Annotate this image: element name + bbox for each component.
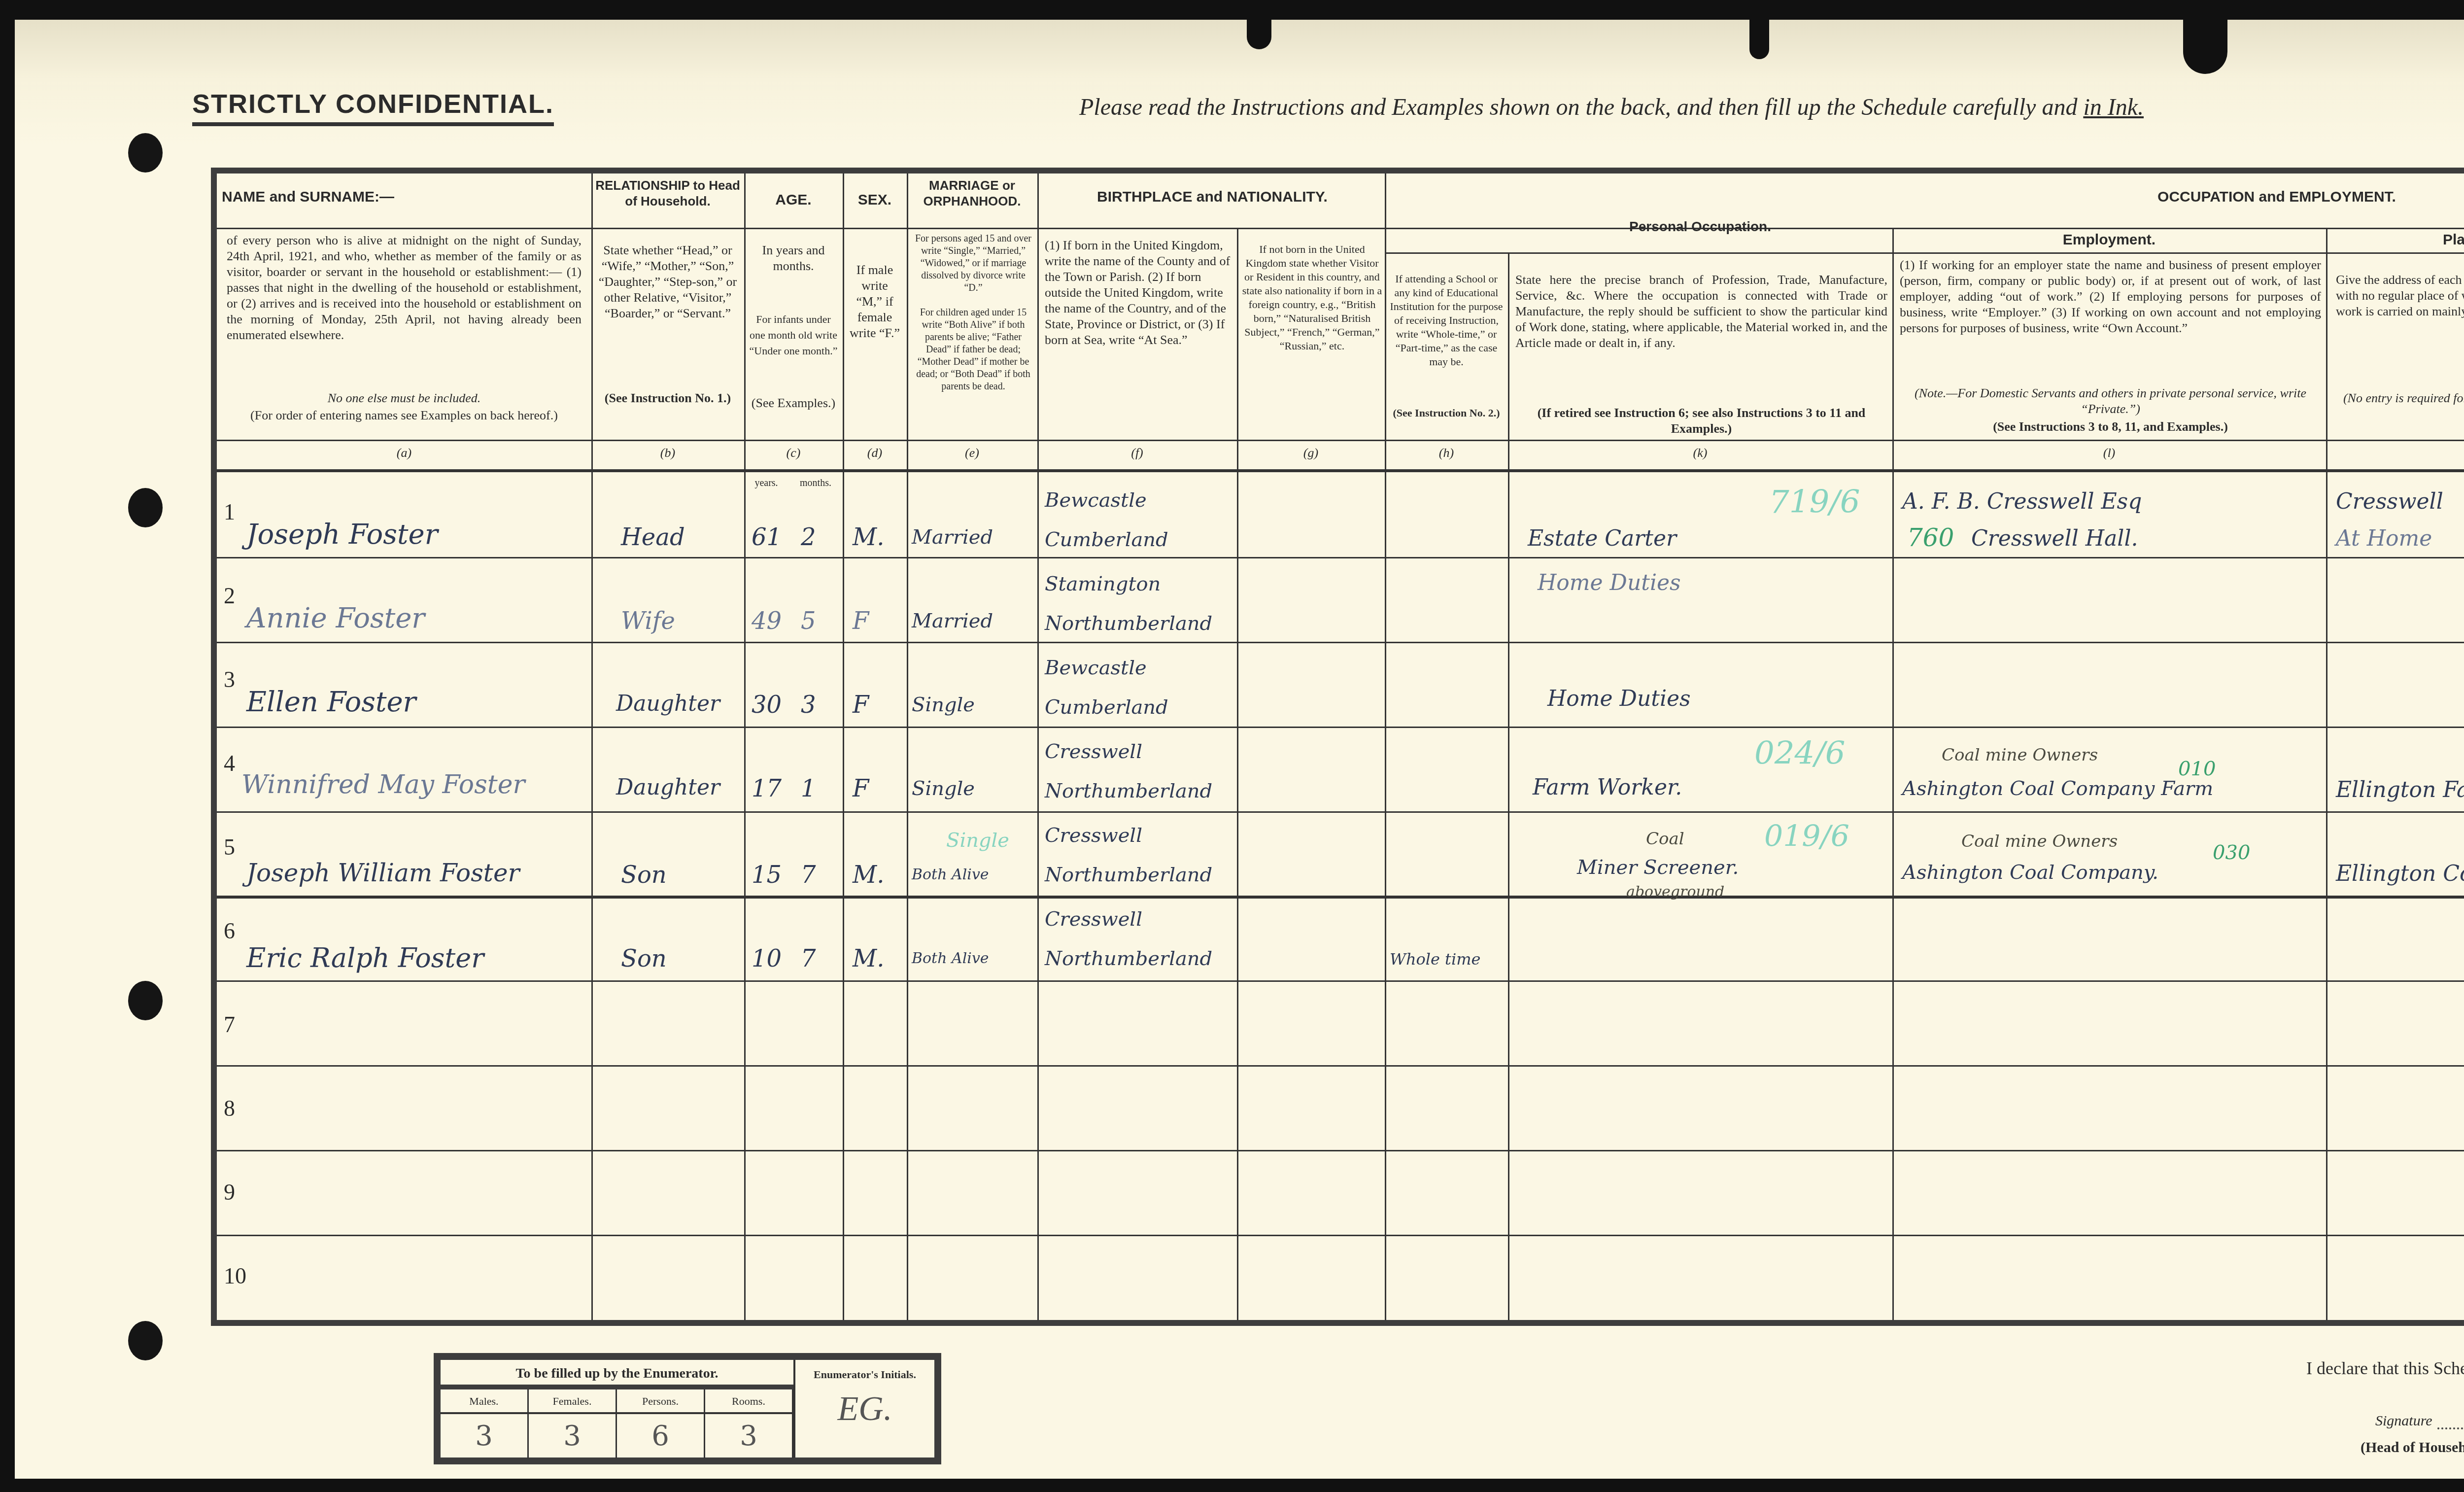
row-number: 1 [224,499,235,525]
person-birthplace-county: Northumberland [1045,864,1212,886]
person-birthplace-town: Stamington [1045,573,1161,595]
header-birthplace: BIRTHPLACE and NATIONALITY. [1040,188,1385,206]
row-number: 10 [224,1263,246,1289]
header-marriage-desc: For persons aged 15 and over write “Sing… [912,233,1035,294]
row-number: 7 [224,1011,235,1038]
col-letter-d: (d) [843,446,907,460]
person-age-months: 3 [801,691,816,719]
person-relationship: Daughter [616,775,720,800]
header-personal-occupation: Personal Occupation. [1508,218,1892,236]
person-employer-line2: Cresswell Hall. [1971,526,2138,551]
persons-value: 6 [617,1414,705,1458]
torn-edge [1749,20,1769,59]
occupation-code: 024/6 [1754,735,1845,772]
person-name: Eric Ralph Foster [246,942,484,973]
punch-hole [128,488,163,527]
header-sex: SEX. [845,191,904,209]
employer-code: 760 [1907,523,1954,552]
header-employment: Employment. [1895,228,2324,252]
initials-value: EG. [795,1389,934,1429]
punch-hole [128,981,163,1020]
col-letter-a: (a) [217,446,591,460]
instructions-line: Please read the Instructions and Example… [1079,94,2144,121]
header-relationship-note: (See Instruction No. 1.) [596,390,739,406]
row-number: 3 [224,666,235,693]
person-relationship: Head [621,523,685,551]
header-school-desc: If attending a School or any kind of Edu… [1387,272,1506,369]
person-name: Annie Foster [246,602,425,634]
header-sex-desc: If male write “M,” if female write “F.” [848,262,902,341]
person-birthplace-county: Northumberland [1045,947,1212,970]
header-age-note: For infants under one month old write “U… [749,312,838,359]
person-employer: Ashington Coal Company Farm [1902,777,2213,800]
person-age-years: 30 [752,691,782,719]
person-age-months: 2 [801,523,816,551]
person-marriage: Both Alive [912,950,989,967]
person-birthplace-town: Cresswell [1045,824,1142,847]
header-occupation-desc: State here the precise branch of Profess… [1515,272,1887,351]
occupation-extra: aboveground [1626,883,1724,901]
person-place-of-work: At Home [2336,526,2432,551]
person-birthplace-town: Bewcastle [1045,657,1147,679]
in-ink-text: in Ink. [2083,94,2144,120]
person-birthplace-town: Cresswell [1045,740,1142,763]
col-letter-l: (l) [1892,446,2326,460]
person-marriage: Single [912,694,975,716]
age-months-label: months. [788,475,843,491]
person-occupation: Miner Screener. [1577,856,1739,879]
person-place-of-work: Ellington Farm [2336,777,2464,802]
census-table: NAME and SURNAME:— of every person who i… [211,168,2464,1326]
person-school: Whole time [1390,950,1480,969]
males-label: Males. [441,1389,529,1412]
person-age-months: 5 [801,607,816,635]
person-marriage: Single [912,777,975,800]
employer-code: 010 [2178,758,2216,780]
header-name: NAME and SURNAME:— [222,188,586,206]
col-letter-c: (c) [744,446,843,460]
person-employer: Ashington Coal Company. [1902,861,2158,884]
header-age-note2: (See Examples.) [749,395,838,411]
torn-edge [2183,20,2227,74]
occupation-code: 019/6 [1764,819,1849,854]
person-birthplace-town: Cresswell [1045,908,1142,931]
header-employment-desc: (1) If working for an employer state the… [1900,257,2321,336]
person-marriage: Both Alive [912,866,989,883]
row-number: 4 [224,750,235,776]
col-letter-h: (h) [1385,446,1508,460]
person-marriage: Married [912,526,993,549]
females-value: 3 [529,1414,617,1458]
col-letter-g: (g) [1237,446,1385,460]
col-letter-b: (b) [591,446,744,460]
females-label: Females. [529,1389,617,1412]
header-nationality-desc: If not born in the United Kingdom state … [1242,243,1382,353]
row-number: 2 [224,583,235,609]
header-place-of-work: Place of Work. [2328,228,2464,252]
person-age-months: 7 [801,861,816,889]
occupation-code: 719/6 [1769,484,1860,520]
person-sex: F [853,607,869,635]
header-marriage-note: For children aged under 15 write “Both A… [912,307,1035,393]
person-relationship: Wife [621,607,675,635]
person-sex: M. [853,945,884,972]
person-birthplace-town: Bewcastle [1045,489,1147,512]
header-relationship: RELATIONSHIP to Head of Household. [594,177,742,209]
header-birthplace-desc: (1) If born in the United Kingdom, write… [1045,238,1232,348]
totals-title: To be filled up by the Enumerator. [441,1360,793,1389]
employer-note: Coal mine Owners [1961,832,2118,851]
header-employment-note2: (See Instructions 3 to 8, 11, and Exampl… [1900,419,2321,435]
person-birthplace-county: Northumberland [1045,780,1212,802]
header-employment-note: (Note.—For Domestic Servants and others … [1900,385,2321,417]
person-name: Joseph Foster [246,519,438,551]
row-number: 6 [224,918,235,944]
header-age: AGE. [747,191,840,209]
person-age-months: 1 [801,775,816,802]
person-birthplace-county: Cumberland [1045,528,1168,551]
person-age-years: 10 [752,945,782,972]
person-occupation: Farm Worker. [1533,775,1682,800]
marriage-correction: Single [946,829,1009,852]
employer-code: 030 [2213,841,2250,864]
person-sex: F [853,691,869,719]
person-name: Joseph William Foster [246,859,519,887]
header-name-desc: of every person who is alive at midnight… [227,233,582,343]
header-marriage: MARRIAGE or ORPHANHOOD. [909,177,1035,209]
person-marriage: Married [912,610,993,632]
declaration-text: I declare that this Schedule is correctl… [2306,1358,2464,1379]
person-occupation: Home Duties [1547,686,1691,711]
employer-note: Coal mine Owners [1942,745,2098,765]
person-employer: A. F. B. Cresswell Esq [1902,489,2142,514]
initials-label: Enumerator's Initials. [795,1360,934,1389]
header-name-note: No one else must be included. [227,390,582,406]
row-number: 8 [224,1095,235,1121]
census-schedule-page: STRICTLY CONFIDENTIAL. Please read the I… [15,20,2464,1479]
signature-line: Joseph Foster. [2437,1410,2464,1429]
occupation-note: Coal [1646,829,1684,849]
person-birthplace-county: Cumberland [1045,696,1168,719]
person-relationship: Daughter [616,691,720,716]
header-age-desc: In years and months. [749,243,838,274]
rooms-label: Rooms. [705,1389,793,1412]
rooms-value: 3 [705,1414,793,1458]
header-occupation: OCCUPATION and EMPLOYMENT. [1892,188,2464,206]
person-age-years: 17 [752,775,782,802]
persons-label: Persons. [617,1389,705,1412]
header-place-desc: Give the address of each person’s place … [2336,272,2464,319]
instructions-text: Please read the Instructions and Example… [1079,94,2083,120]
row-number: 9 [224,1179,235,1205]
signature-row: Signature Joseph Foster. [2375,1410,2464,1429]
person-age-months: 7 [801,945,816,972]
header-occupation-note: (If retired see Instruction 6; see also … [1515,405,1887,437]
person-age-years: 15 [752,861,782,889]
person-name: Winnifred May Foster [241,770,525,799]
person-place-of-work: Ellington Colliery. [2336,861,2464,886]
person-occupation: Estate Carter [1528,526,1677,551]
age-years-label: years. [747,475,786,491]
person-age-years: 49 [752,607,782,635]
punch-hole [128,1321,163,1360]
person-sex: M. [853,861,884,889]
person-sex: F [853,775,869,802]
col-letter-k: (k) [1508,446,1892,460]
row-number: 5 [224,834,235,860]
person-relationship: Son [621,861,667,889]
torn-edge [1247,20,1271,49]
header-relationship-desc: State whether “Head,” or “Wife,” “Mother… [596,243,739,321]
col-letter-f: (f) [1037,446,1237,460]
person-name: Ellen Foster [246,686,416,718]
person-birthplace-county: Northumberland [1045,612,1212,635]
header-name-note2: (For order of entering names see Example… [227,408,582,423]
person-age-years: 61 [752,523,782,551]
header-school-note: (See Instruction No. 2.) [1387,405,1506,421]
col-letter-m: (m) [2326,446,2464,460]
header-place-note: (No entry is required for any person who… [2336,390,2464,422]
punch-hole [128,133,163,173]
person-relationship: Son [621,945,667,972]
strictly-confidential-title: STRICTLY CONFIDENTIAL. [192,89,554,126]
signature-note: (Head of Household, Manager of Establish… [2361,1439,2464,1456]
enumerator-totals-box: To be filled up by the Enumerator. Males… [434,1353,941,1464]
person-place-of-work: Cresswell [2336,489,2443,514]
males-value: 3 [441,1414,529,1458]
col-letter-e: (e) [907,446,1037,460]
signature-label: Signature [2375,1413,2432,1429]
person-occupation: Home Duties [1538,570,1681,595]
person-sex: M. [853,523,884,551]
